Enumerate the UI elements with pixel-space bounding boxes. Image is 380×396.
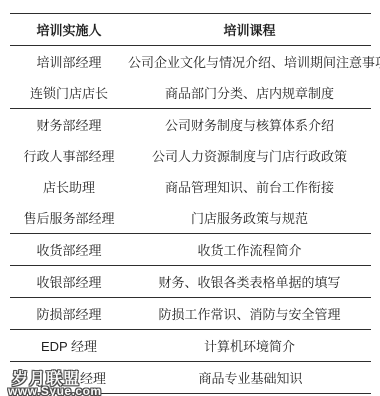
implementer-cell: 防损部经理 [10,304,128,323]
watermark-site-url: www.Syue.com [8,384,102,396]
implementer-cell: 收银部经理 [10,272,128,291]
course-cell: 公司人力资源制度与门店行政政策 [128,146,371,165]
table-header-row: 培训实施人 培训课程 [10,14,371,46]
implementer-cell: 培训部经理 [10,52,128,71]
course-cell: 门店服务政策与规范 [128,208,371,227]
implementer-cell: 收货部经理 [10,240,128,259]
table-row: 财务部经理公司财务制度与核算体系介绍 [10,109,371,140]
table-row: 培训部经理公司企业文化与情况介绍、培训期间注意事项 [10,46,371,77]
table-row: 店长助理商品管理知识、前台工作衔接 [10,171,371,202]
table-row: 行政人事部经理公司人力资源制度与门店行政政策 [10,140,371,171]
course-cell: 公司财务制度与核算体系介绍 [128,115,371,134]
page: 培训实施人 培训课程 培训部经理公司企业文化与情况介绍、培训期间注意事项连锁门店… [0,0,380,396]
table-row: 收货部经理收货工作流程简介 [10,234,371,266]
course-cell: 收货工作流程简介 [128,240,371,259]
table-row: 岁月联盟经理www.Syue.com商品专业基础知识 [10,362,371,394]
implementer-cell: EDP 经理 [10,336,128,355]
table-row: 收银部经理财务、收银各类表格单据的填写 [10,266,371,298]
course-cell: 商品管理知识、前台工作衔接 [128,177,371,196]
course-cell: 计算机环境简介 [128,336,371,355]
implementer-cell: 连锁门店店长 [10,83,128,102]
course-cell: 防损工作常识、消防与安全管理 [128,304,371,323]
course-cell: 商品专业基础知识 [130,368,371,387]
course-cell: 公司企业文化与情况介绍、培训期间注意事项 [128,52,380,71]
table-row: EDP 经理计算机环境简介 [10,330,371,362]
implementer-cell: 行政人事部经理 [10,146,128,165]
table-body: 培训部经理公司企业文化与情况介绍、培训期间注意事项连锁门店店长商品部门分类、店内… [10,46,371,394]
table-row: 连锁门店店长商品部门分类、店内规章制度 [10,77,371,109]
implementer-cell: 店长助理 [10,177,128,196]
implementer-cell: 岁月联盟经理www.Syue.com [10,366,130,389]
table-row: 防损部经理防损工作常识、消防与安全管理 [10,298,371,330]
table-row: 售后服务部经理门店服务政策与规范 [10,202,371,234]
course-cell: 财务、收银各类表格单据的填写 [128,272,371,291]
training-table: 培训实施人 培训课程 培训部经理公司企业文化与情况介绍、培训期间注意事项连锁门店… [10,13,371,394]
header-course: 培训课程 [128,20,371,39]
implementer-cell: 售后服务部经理 [10,208,128,227]
course-cell: 商品部门分类、店内规章制度 [128,83,371,102]
header-implementer: 培训实施人 [10,20,128,39]
implementer-cell: 财务部经理 [10,115,128,134]
